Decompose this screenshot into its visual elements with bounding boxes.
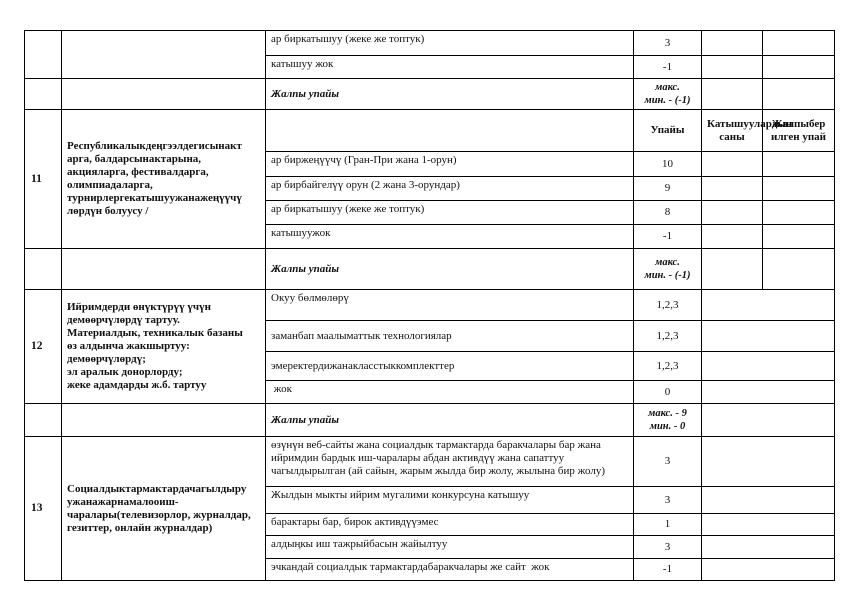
row-text: катышуу жок [266,56,634,79]
merged-score-cell [702,404,835,437]
number-cell [25,249,62,290]
criterion-line: демөөрчүлөрдү тартуу. [67,314,180,326]
row-points: -1 [634,225,702,249]
total-range: макс.мин. - (-1) [634,79,702,110]
section-criterion: Социалдыктармактардачагылдыру ужанажарна… [62,437,266,581]
row-text: заманбап маалыматтык технологиялар [266,321,634,352]
merged-score-cell [702,487,835,514]
section-number: 13 [25,437,62,581]
participants-cell [702,79,763,110]
row-points: 3 [634,31,702,56]
total-given-cell [763,31,835,56]
criterion-line: жеке адамдарды ж.б. тартуу [67,379,206,391]
total-given-cell [763,152,835,177]
number-cell [25,79,62,110]
section-criterion: Республикалыкдеңгээлдегисынакт арга, бал… [62,110,266,249]
total-given-cell [763,79,835,110]
total-row: Жалпы упайы макс.мин. - (-1) [25,249,835,290]
row-points: 3 [634,487,702,514]
participants-cell [702,225,763,249]
criterion-cell [62,404,266,437]
number-cell [25,404,62,437]
row-text: ар биркатышуу (жеке же топтук) [266,31,634,56]
participants-cell [702,152,763,177]
section-number: 12 [25,290,62,404]
total-row: Жалпы упайы макс. - 9мин. - 0 [25,404,835,437]
total-min: мин. - 0 [650,421,685,432]
criterion-line: Материалдык, техникалык базаны [67,327,243,339]
section-criterion: Ийримдерди өнүктүрүү үчүн демөөрчүлөрдү … [62,290,266,404]
row-text: өзүнүн веб-сайты жана социалдык тармакта… [266,437,634,487]
criterion-line: демөөрчүлөрдү; [67,353,146,365]
row-text: барактары бар, бирок активдүүэмес [266,514,634,536]
row-text: эмеректердижанакласстыккомплекттер [266,352,634,381]
total-given-cell [763,177,835,201]
row-points: 1 [634,514,702,536]
participants-cell [702,201,763,225]
total-max: макс. [655,82,680,93]
total-range: макс. - 9мин. - 0 [634,404,702,437]
row-points: 8 [634,201,702,225]
participants-cell [702,177,763,201]
total-max: макс. [655,257,680,268]
criterion-line: Ийримдерди өнүктүрүү үчүн [67,301,211,313]
total-given-cell [763,225,835,249]
merged-score-cell [702,437,835,487]
table-row: ар биркатышуу (жеке же топтук) 3 [25,31,835,56]
header-total-given: Жалпыбер илген упай [763,110,835,152]
total-min: мин. - (-1) [645,270,691,281]
total-min: мин. - (-1) [645,95,691,106]
row-text: катышуужок [266,225,634,249]
total-given-cell [763,249,835,290]
row-text: Окуу бөлмөлөрү [266,290,634,321]
merged-score-cell [702,536,835,559]
criterion-cell [62,79,266,110]
header-blank [266,110,634,152]
participants-cell [702,249,763,290]
row-text: алдыңкы иш тажрыйбасын жайылтуу [266,536,634,559]
row-points: 1,2,3 [634,290,702,321]
row-points: -1 [634,56,702,79]
section-number: 11 [25,110,62,249]
merged-score-cell [702,321,835,352]
header-row: 11 Республикалыкдеңгээлдегисынакт арга, … [25,110,835,152]
total-label: Жалпы упайы [266,404,634,437]
row-points: 10 [634,152,702,177]
total-given-cell [763,56,835,79]
participants-cell [702,31,763,56]
header-participants: Катышуулардын саны [702,110,763,152]
row-points: -1 [634,559,702,581]
total-range: макс.мин. - (-1) [634,249,702,290]
total-label: Жалпы упайы [266,79,634,110]
row-points: 3 [634,536,702,559]
row-text: ар биржеңүүчү (Гран-При жана 1-орун) [266,152,634,177]
row-text: ар бирбайгелүү орун (2 жана 3-орундар) [266,177,634,201]
row-text: Жылдын мыкты ийрим мугалими конкурсуна к… [266,487,634,514]
total-label: Жалпы упайы [266,249,634,290]
row-text: ар биркатышуу (жеке же топтук) [266,201,634,225]
row-text: жок [266,381,634,404]
merged-score-cell [702,514,835,536]
total-max: макс. - 9 [648,408,687,419]
criterion-line: өз алдынча жакшыртуу: [67,340,190,352]
total-given-cell [763,201,835,225]
criterion-line: эл аралык донорлорду; [67,366,183,378]
row-points: 1,2,3 [634,352,702,381]
header-points: Упайы [634,110,702,152]
merged-score-cell [702,352,835,381]
criterion-cell [62,31,266,79]
merged-score-cell [702,290,835,321]
merged-score-cell [702,381,835,404]
criterion-cell [62,249,266,290]
row-points: 9 [634,177,702,201]
merged-score-cell [702,559,835,581]
number-cell [25,31,62,79]
criteria-table: ар биркатышуу (жеке же топтук) 3 катышуу… [24,30,835,581]
total-row: Жалпы упайы макс.мин. - (-1) [25,79,835,110]
row-points: 0 [634,381,702,404]
row-text: эчкандай социалдык тармактардабаракчалар… [266,559,634,581]
participants-cell [702,56,763,79]
table-row: 12 Ийримдерди өнүктүрүү үчүн демөөрчүлөр… [25,290,835,321]
table-row: 13 Социалдыктармактардачагылдыру ужанажа… [25,437,835,487]
row-points: 1,2,3 [634,321,702,352]
row-points: 3 [634,437,702,487]
